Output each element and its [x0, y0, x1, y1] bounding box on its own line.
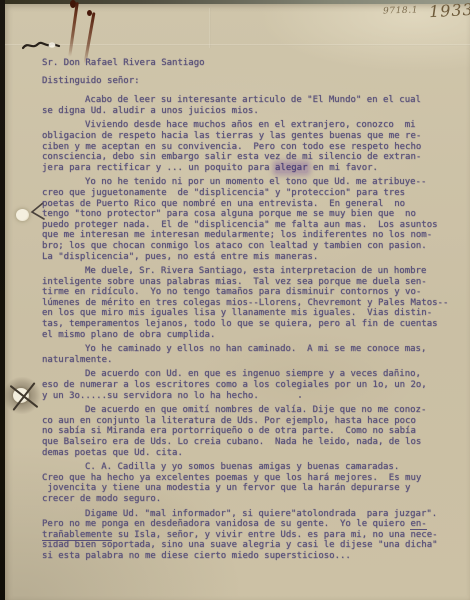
paper-crease-vertical	[209, 8, 211, 48]
text-segment: Pero no me ponga en desdeñadora vanidosa…	[42, 519, 410, 529]
letter-line: naturalmente.	[42, 355, 454, 366]
text-segment: inteligente sobre unas palabras mias. Ta…	[42, 277, 427, 287]
letter-body: Acabo de leer su interesante articulo de…	[42, 95, 454, 561]
underlined-text: en-	[410, 519, 426, 530]
paragraph: Me duele, Sr. Rivera Santiago, esta inte…	[42, 266, 454, 340]
letter-line: crecer de modo seguro.	[42, 494, 454, 505]
letter-line: Pero no me ponga en desdeñadora vanidosa…	[42, 519, 454, 530]
paragraph: Yo he caminado y ellos no han caminado. …	[42, 344, 454, 365]
letter-line: jovencita y tiene una modestia y un ferv…	[42, 483, 454, 494]
letter-line: Viviendo desde hace muchos años en el ex…	[42, 120, 454, 131]
text-segment: De acuerdo con Ud. en que es ingenuo sie…	[85, 369, 421, 379]
text-segment: en mi favor.	[308, 163, 378, 173]
letter-line: Digame Ud. "mal informador", si quiere"a…	[42, 509, 454, 520]
letter-line: Yo no he tenido ni por un momento el ton…	[42, 177, 454, 188]
letter-line: bro; los que chocan conmigo los ataco co…	[42, 241, 454, 252]
letter-line: puedo proteger nada. El de "displicencia…	[42, 220, 454, 231]
scan-edge-left	[0, 0, 5, 600]
letter-line: el mismo plano de obra cumplida.	[42, 330, 454, 341]
letter-line: Acabo de leer su interesante articulo de…	[42, 95, 454, 106]
letter-line: lúmenes de mérito en tres colegas mios--…	[42, 298, 454, 309]
text-segment: naturalmente.	[42, 355, 112, 365]
text-segment: poetas de Puerto Rico que nombré en una …	[42, 199, 405, 209]
text-segment: sidad bien soportada, sino una suave ale…	[42, 540, 438, 550]
text-segment: que me interesan me interesan medularmen…	[42, 230, 432, 240]
letter-line: trañablemente su Isla, señor, y vivir en…	[42, 530, 454, 541]
paper-crease-horizontal	[5, 44, 470, 46]
letter-line: creo que juguetonamente de "displicencia…	[42, 188, 454, 199]
paragraph: C. A. Cadilla y yo somos buenas amigas y…	[42, 462, 454, 504]
paragraph: De acuerdo en que omití nombres de valía…	[42, 405, 454, 458]
letter-line: eso de numerar a los escritores como a l…	[42, 380, 454, 391]
text-segment: tirme en ridículo. Yo no tengo tamaños p…	[42, 287, 421, 297]
text-segment: crecer de modo seguro.	[42, 494, 161, 504]
text-segment: consciencia, debo sin embargo salir esta…	[42, 152, 421, 162]
text-segment: Creo que ha hecho ya excelentes poemas y…	[42, 473, 421, 483]
paragraph: Viviendo desde hace muchos años en el ex…	[42, 120, 454, 173]
text-segment: La "displicencia", pues, no está entre m…	[42, 252, 318, 262]
letter-line: De acuerdo en que omití nombres de valía…	[42, 405, 454, 416]
text-segment: Yo he caminado y ellos no han caminado. …	[85, 344, 426, 354]
ink-scribble	[22, 38, 62, 54]
letter-line: no sabía si Miranda era portorriqueño o …	[42, 426, 454, 437]
scanned-letter-page: { "annotations": { "catalog_number": "97…	[0, 0, 470, 600]
text-segment: Viviendo desde hace muchos años en el ex…	[85, 120, 416, 130]
text-segment: Yo no he tenido ni por un momento el ton…	[85, 177, 426, 187]
text-segment: jera para rectificar y ... un poquito pa…	[42, 163, 275, 173]
text-segment: y un 3o.....su servidora no lo ha hecho.	[42, 391, 259, 401]
text-segment: ciben y me aceptan en su convivencia. Pe…	[42, 142, 421, 152]
text-segment: se digna Ud. aludir a unos juicios mios.	[42, 106, 259, 116]
highlighted-word: alegar	[275, 163, 308, 173]
text-segment: Digame Ud. "mal informador", si quiere"a…	[85, 509, 437, 519]
letter-line: tas, temperamentos lejanos, todo lo que …	[42, 319, 454, 330]
text-segment: tas, temperamentos lejanos, todo lo que …	[42, 319, 438, 329]
letter-line: De acuerdo con Ud. en que es ingenuo sie…	[42, 369, 454, 380]
text-segment: obligacion de respeto hacia las tierras …	[42, 131, 421, 141]
letter-recipient: Sr. Don Rafael Rivera Santiago	[42, 58, 454, 69]
letter-line: jera para rectificar y ... un poquito pa…	[42, 163, 454, 174]
letter-line: se digna Ud. aludir a unos juicios mios.	[42, 106, 454, 117]
letter-line: y un 3o.....su servidora no lo ha hecho.	[42, 391, 454, 402]
text-segment: co aun en conjunto la literatura de Uds.…	[42, 416, 416, 426]
text-segment: puedo proteger nada. El de "displicencia…	[42, 220, 438, 230]
letter-line: La "displicencia", pues, no está entre m…	[42, 252, 454, 263]
letter-line: demas poetas que Ud. cita.	[42, 448, 454, 459]
letter-line: sidad bien soportada, sino una suave ale…	[42, 540, 454, 551]
text-segment: que Balseiro era de Uds. Lo creia cubano…	[42, 437, 421, 447]
text-segment: tengo "tono protector" para cosa alguna …	[42, 209, 416, 219]
text-segment: jovencita y tiene una modestia y un ferv…	[42, 483, 410, 493]
letter-line: co aun en conjunto la literatura de Uds.…	[42, 416, 454, 427]
text-segment: el mismo plano de obra cumplida.	[42, 330, 215, 340]
paragraph: Acabo de leer su interesante articulo de…	[42, 95, 454, 116]
paragraph: Yo no he tenido ni por un momento el ton…	[42, 177, 454, 262]
letter-line: poetas de Puerto Rico que nombré en una …	[42, 199, 454, 210]
text-segment: C. A. Cadilla y yo somos buenas amigas y…	[85, 462, 399, 472]
letter-line: tengo "tono protector" para cosa alguna …	[42, 209, 454, 220]
letter-line: inteligente sobre unas palabras mias. Ta…	[42, 277, 454, 288]
text-segment: creo que juguetonamente de "displicencia…	[42, 188, 405, 198]
text-segment: demas poetas que Ud. cita.	[42, 448, 183, 458]
letter-line: tirme en ridículo. Yo no tengo tamaños p…	[42, 287, 454, 298]
text-segment: en los que miro mis iguales lisa y llana…	[42, 308, 432, 318]
letter-line: ciben y me aceptan en su convivencia. Pe…	[42, 142, 454, 153]
letter-line: que me interesan me interesan medularmen…	[42, 230, 454, 241]
text-segment: eso de numerar a los escritores como a l…	[42, 380, 427, 390]
paragraph: Digame Ud. "mal informador", si quiere"a…	[42, 509, 454, 562]
letter-line: Me duele, Sr. Rivera Santiago, esta inte…	[42, 266, 454, 277]
text-segment: su Isla, señor, y vivir entre Uds. es pa…	[112, 530, 437, 540]
letter-content: Sr. Don Rafael Rivera Santiago Distingui…	[42, 58, 454, 566]
year-annotation: 1933	[429, 0, 470, 21]
letter-salutation: Distinguido señor:	[42, 76, 454, 87]
text-segment: De acuerdo en que omití nombres de valía…	[85, 405, 426, 415]
text-segment: si esta palabra no me diese cierto miedo…	[42, 551, 351, 561]
text-segment: lúmenes de mérito en tres colegas mios--…	[42, 298, 448, 308]
letter-line: Creo que ha hecho ya excelentes poemas y…	[42, 473, 454, 484]
catalog-number: 9718.1	[383, 5, 418, 16]
letter-line: que Balseiro era de Uds. Lo creia cubano…	[42, 437, 454, 448]
letter-line: obligacion de respeto hacia las tierras …	[42, 131, 454, 142]
hole-punch-icon	[16, 209, 29, 221]
text-segment: Acabo de leer su interesante articulo de…	[85, 95, 421, 105]
letter-line: consciencia, debo sin embargo salir esta…	[42, 152, 454, 163]
letter-line: C. A. Cadilla y yo somos buenas amigas y…	[42, 462, 454, 473]
text-segment: bro; los que chocan conmigo los ataco co…	[42, 241, 427, 251]
letter-line: si esta palabra no me diese cierto miedo…	[42, 551, 454, 562]
paragraph: De acuerdo con Ud. en que es ingenuo sie…	[42, 369, 454, 401]
text-segment: no sabía si Miranda era portorriqueño o …	[42, 426, 416, 436]
letter-line: Yo he caminado y ellos no han caminado. …	[42, 344, 454, 355]
text-segment: Me duele, Sr. Rivera Santiago, esta inte…	[85, 266, 426, 276]
letter-line: en los que miro mis iguales lisa y llana…	[42, 308, 454, 319]
